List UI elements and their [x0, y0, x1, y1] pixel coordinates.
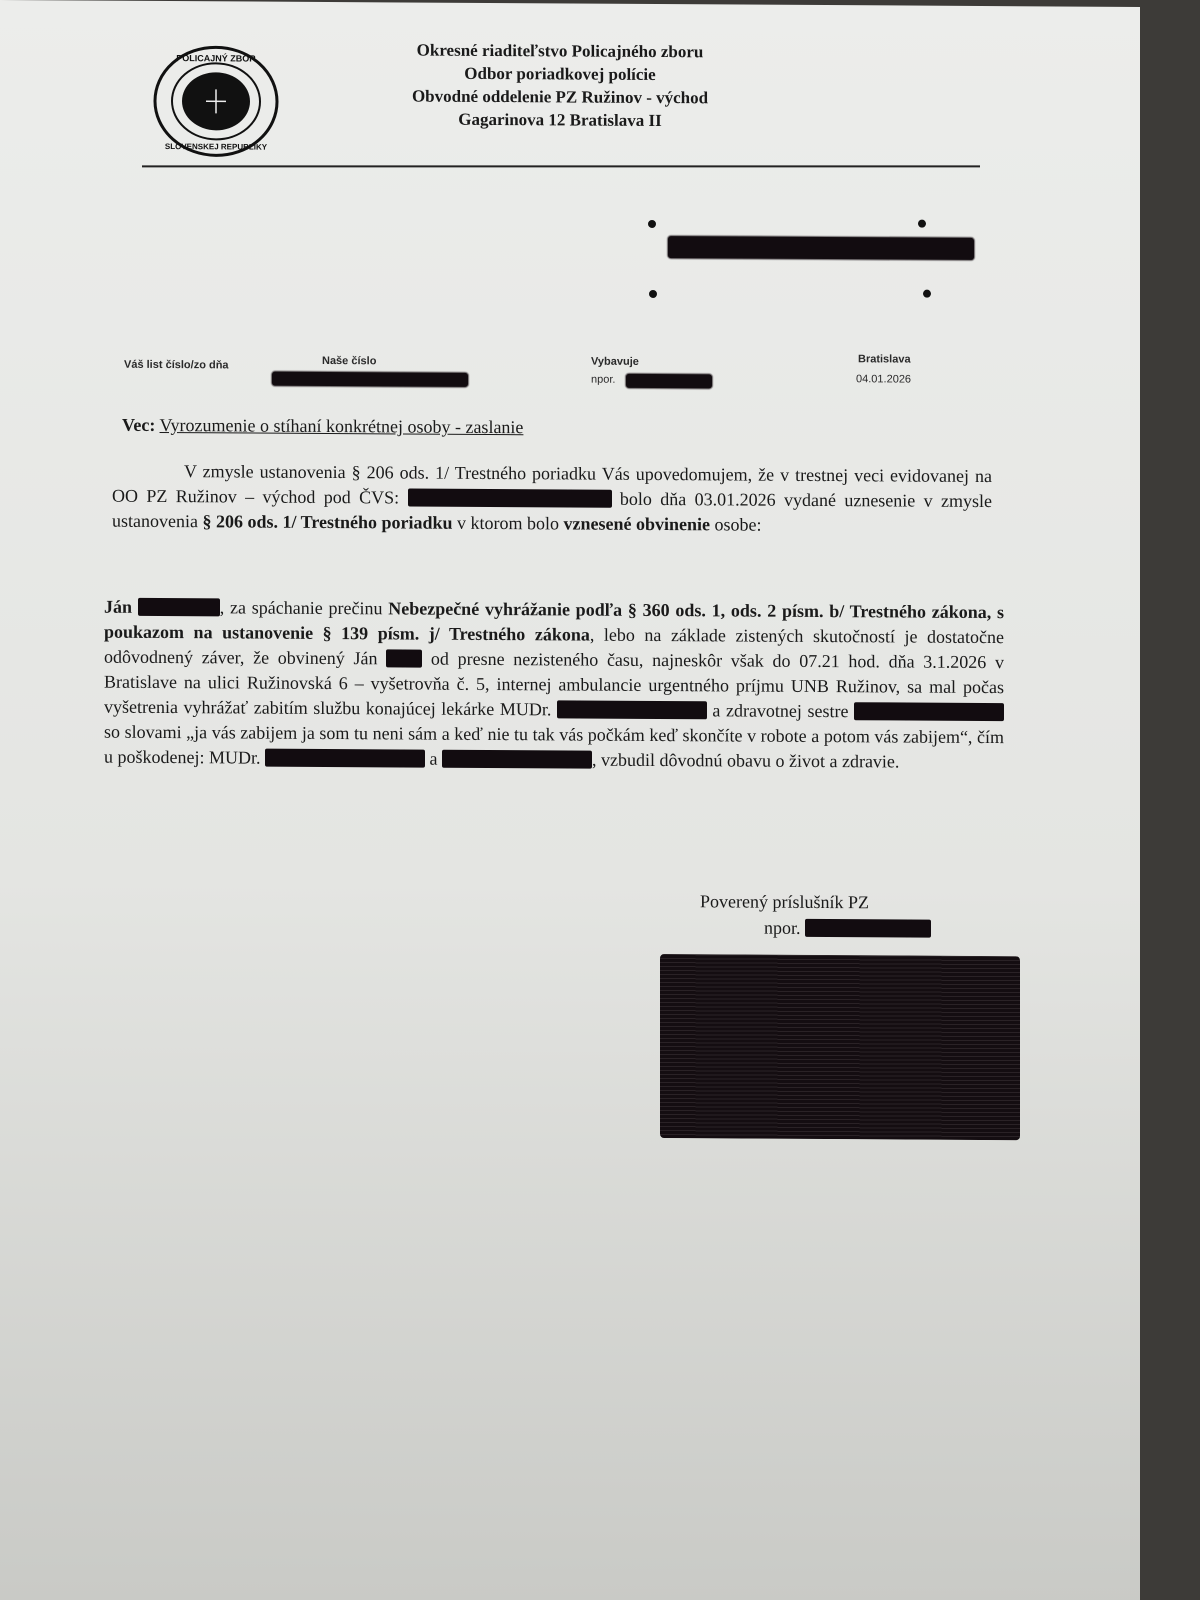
svg-text:POLICAJNÝ ZBOR: POLICAJNÝ ZBOR: [176, 52, 256, 63]
officer-rank-line: npor.: [700, 914, 931, 941]
date: 04.01.2026: [856, 373, 911, 385]
police-seal-icon: POLICAJNÝ ZBOR SLOVENSKEJ REPUBLIKY: [152, 45, 280, 158]
your-letter-label: Váš list číslo/zo dňa: [124, 359, 229, 372]
accused-surname-redacted: [138, 598, 220, 617]
case-number-redacted: [408, 488, 612, 507]
handled-by-label: Vybavuje: [591, 356, 639, 368]
document-page: POLICAJNÝ ZBOR SLOVENSKEJ REPUBLIKY Okre…: [0, 0, 1140, 1600]
officer-name-redacted: [805, 919, 931, 938]
signature-block: Poverený príslušník PZ npor.: [700, 888, 931, 941]
letterhead-line-3: Obvodné oddelenie PZ Ružinov - východ: [330, 84, 790, 110]
handled-by-rank: npor.: [591, 374, 615, 386]
our-number-label: Naše číslo: [322, 355, 376, 367]
doctor-name-redacted: [265, 749, 425, 768]
subject-label: Vec:: [122, 415, 155, 435]
svg-text:SLOVENSKEJ REPUBLIKY: SLOVENSKEJ REPUBLIKY: [165, 142, 268, 152]
officer-rank: npor.: [764, 918, 801, 938]
doctor-name-redacted: [557, 700, 707, 719]
accused-surname-redacted: [386, 649, 422, 667]
handled-by-name-redacted: [626, 374, 712, 389]
paragraph-notification: V zmysle ustanovenia § 206 ods. 1/ Trest…: [112, 459, 992, 539]
subject-text: Vyrozumenie o stíhaní konkrétnej osoby -…: [160, 415, 524, 437]
signature-stamp-redacted: [660, 954, 1020, 1140]
address-corner-mark: [918, 220, 926, 228]
paragraph-charge-description: Ján , za spáchanie prečinu Nebezpečné vy…: [104, 595, 1004, 775]
address-corner-mark: [923, 290, 931, 298]
nurse-name-redacted: [442, 750, 592, 769]
letterhead-line-1: Okresné riaditeľstvo Policajného zboru: [330, 38, 790, 64]
address-corner-mark: [648, 220, 656, 228]
address-corner-mark: [649, 290, 657, 298]
our-number-redacted: [272, 372, 468, 387]
letterhead-line-4: Gagarinova 12 Bratislava II: [330, 107, 790, 133]
letterhead-line-2: Odbor poriadkovej polície: [330, 61, 790, 87]
nurse-name-redacted: [854, 702, 1004, 721]
letterhead: Okresné riaditeľstvo Policajného zboru O…: [330, 38, 790, 133]
place: Bratislava: [858, 353, 911, 365]
officer-title: Poverený príslušník PZ: [700, 888, 931, 915]
recipient-address-redacted: [668, 236, 974, 260]
header-divider: [142, 165, 980, 167]
subject-line: Vec: Vyrozumenie o stíhaní konkrétnej os…: [122, 415, 523, 438]
